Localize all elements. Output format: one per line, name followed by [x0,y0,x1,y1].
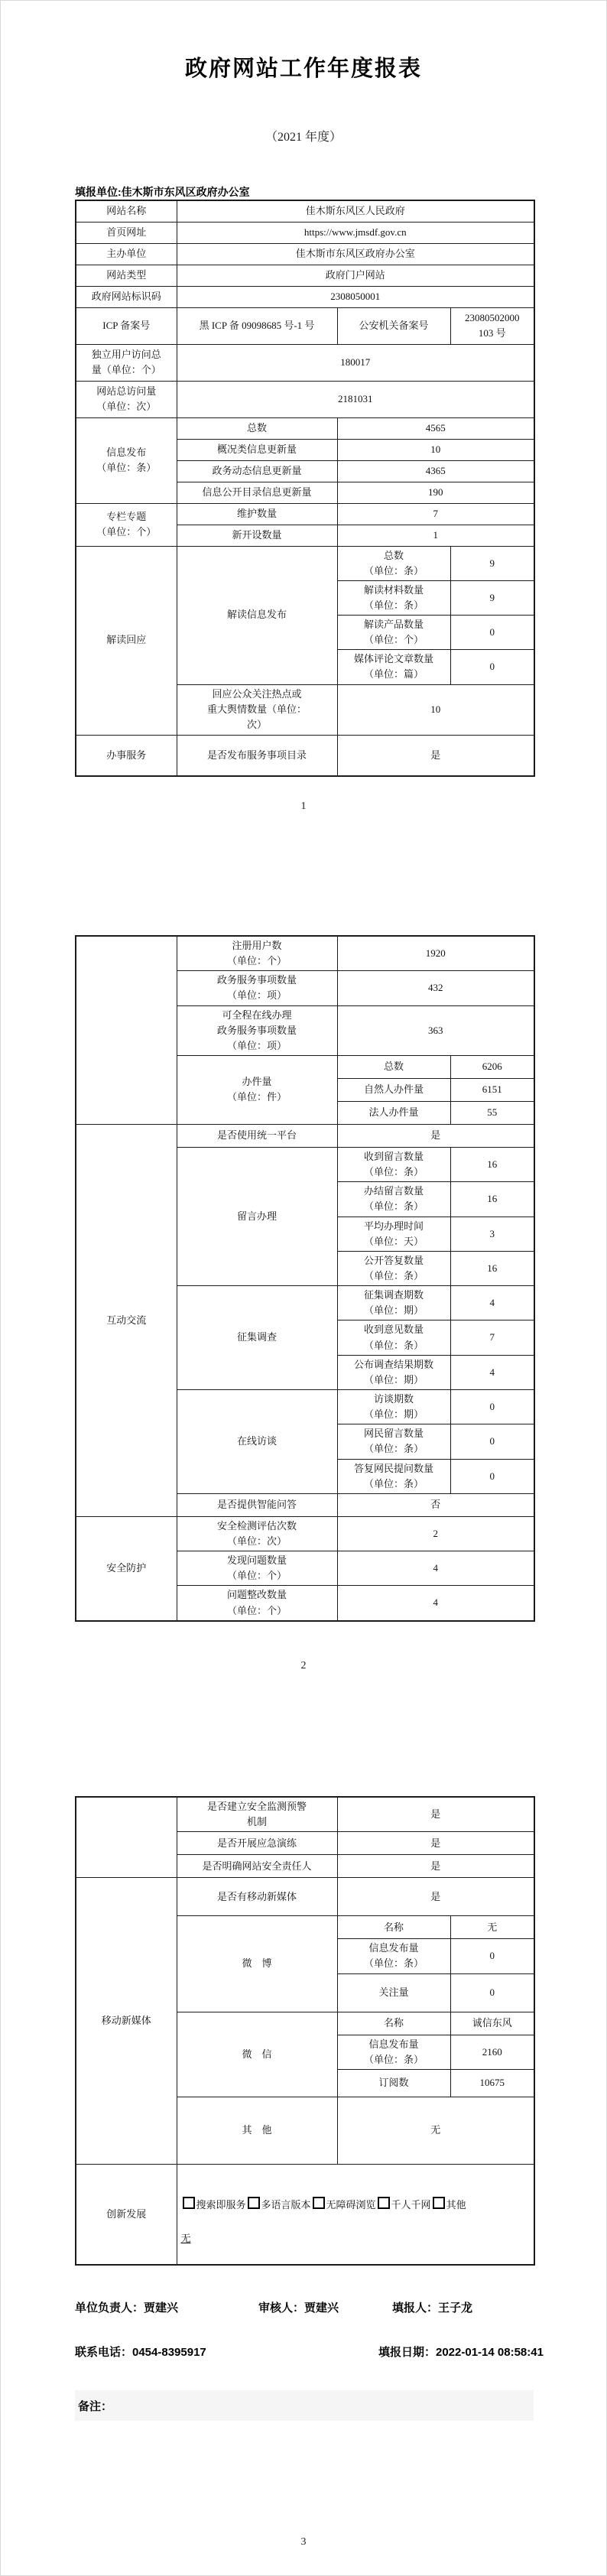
services-continuation-cell [76,936,177,1124]
interpretation-group-label: 解读回应 [76,546,177,735]
innovation-group-label: 创新发展 [76,2164,177,2264]
wechat-name-label: 名称 [337,2012,450,2035]
innovation-option-label: 多语言版本 [261,2199,311,2211]
messages-avg-days-label: 平均办理时间 （单位：天） [337,1217,450,1251]
messages-completed-value: 16 [450,1182,534,1217]
smart-qa-value: 否 [337,1493,534,1516]
interviews-replies-label: 答复网民提问数量 （单位：条） [337,1459,450,1493]
service-items-label: 政务服务事项数量 （单位：项） [177,971,337,1005]
security-group-label: 安全防护 [76,1516,177,1620]
icp-label: ICP 备案号 [76,307,177,344]
cases-legal-label: 法人办件量 [337,1101,450,1124]
unique-visitors-value: 180017 [177,344,534,381]
messages-public-replies-label: 公开答复数量 （单位：条） [337,1251,450,1285]
messages-received-value: 16 [450,1147,534,1181]
online-items-value: 363 [337,1005,534,1055]
wechat-name-value: 诚信东风 [450,2012,534,2035]
total-visits-label: 网站总访问量 （单位：次） [76,381,177,417]
annual-report-table-page3: 是否建立安全监测预警 机制 是 是否开展应急演练 是 是否明确网站安全责任人 是… [75,1796,535,2266]
weibo-followers-label: 关注量 [337,1973,450,2012]
interviews-messages-label: 网民留言数量 （单位：条） [337,1424,450,1459]
interpretation-total-label: 总数 （单位：条） [337,546,450,580]
page-number-1: 1 [1,801,606,813]
preparer: 填报人：王子龙 [392,2299,472,2315]
hot-response-value: 10 [337,684,534,735]
page-number-2: 2 [1,1660,606,1672]
columns-new-value: 1 [337,525,534,546]
innovation-options-cell: 搜索即服务多语言版本无障碍浏览千人千网其他 无 [177,2164,534,2264]
checkbox-icon [378,2197,390,2209]
security-officer-value: 是 [337,1855,534,1878]
problems-fixed-value: 4 [337,1586,534,1621]
checkbox-icon [183,2197,195,2209]
surveys-results-value: 4 [450,1355,534,1389]
site-name-label: 网站名称 [76,200,177,222]
problems-found-value: 4 [337,1551,534,1586]
surveys-results-label: 公布调查结果期数 （单位：期） [337,1355,450,1389]
registered-users-value: 1920 [337,936,534,971]
innovation-option-label: 无障碍浏览 [326,2199,376,2211]
gov-news-update-value: 4365 [337,460,534,482]
interviews-periods-value: 0 [450,1389,534,1424]
catalog-update-value: 190 [337,482,534,503]
problems-fixed-label: 问题整改数量 （单位：个） [177,1586,337,1621]
service-items-value: 432 [337,971,534,1005]
messages-group-label: 留言办理 [177,1147,337,1285]
contact-phone: 联系电话：0454-8395917 [75,2344,206,2360]
gov-news-update-label: 政务动态信息更新量 [177,460,337,482]
weibo-group-label: 微 博 [177,1916,337,2012]
other-media-value: 无 [337,2097,534,2164]
page-title: 政府网站工作年度报表 [1,51,606,83]
mobile-media-group-label: 移动新媒体 [76,1878,177,2165]
security-officer-label: 是否明确网站安全责任人 [177,1855,337,1878]
columns-new-label: 新开设数量 [177,525,337,546]
interpretation-products-label: 解读产品数量 （单位：个） [337,616,450,650]
surveys-periods-value: 4 [450,1286,534,1320]
site-code-label: 政府网站标识码 [76,286,177,307]
interpretation-release-group-label: 解读信息发布 [177,546,337,684]
surveys-opinions-value: 7 [450,1320,534,1355]
weibo-posts-value: 0 [450,1939,534,1973]
checkbox-icon [248,2197,260,2209]
services-group-label: 办事服务 [76,735,177,776]
other-media-label: 其 他 [177,2097,337,2164]
warning-mechanism-value: 是 [337,1797,534,1832]
weibo-followers-value: 0 [450,1973,534,2012]
weibo-posts-label: 信息发布量 （单位：条） [337,1939,450,1973]
interpretation-products-value: 0 [450,616,534,650]
special-columns-group-label: 专栏专题 （单位：个） [76,503,177,546]
messages-avg-days-value: 3 [450,1217,534,1251]
icp-value: 黑 ICP 备 09098685 号-1 号 [177,307,337,344]
checkbox-icon [433,2197,445,2209]
reviewer: 审核人：贾建兴 [258,2299,339,2315]
page-number-3: 3 [1,2536,606,2548]
organizer-label: 主办单位 [76,243,177,265]
cases-natural-label: 自然人办件量 [337,1078,450,1101]
reporting-unit-line: 填报单位:佳木斯市东风区政府办公室 [75,184,250,200]
checkbox-icon [313,2197,325,2209]
page-subtitle: （2021 年度） [1,127,606,145]
surveys-opinions-label: 收到意见数量 （单位：条） [337,1320,450,1355]
interviews-replies-value: 0 [450,1459,534,1493]
interpretation-materials-label: 解读材料数量 （单位：条） [337,580,450,615]
interviews-periods-label: 访谈期数 （单位：期） [337,1389,450,1424]
has-mobile-media-value: 是 [337,1878,534,1916]
total-visits-value: 2181031 [177,381,534,417]
security-assessments-label: 安全检测评估次数 （单位：次） [177,1516,337,1551]
report-date: 填报日期：2022-01-14 08:58:41 [378,2344,544,2360]
home-url-label: 首页网址 [76,222,177,243]
info-release-total-value: 4565 [337,417,534,439]
police-record-label: 公安机关备案号 [337,307,450,344]
interpretation-total-value: 9 [450,546,534,580]
messages-completed-label: 办结留言数量 （单位：条） [337,1182,450,1217]
cases-total-label: 总数 [337,1055,450,1078]
info-release-total-label: 总数 [177,417,337,439]
weibo-name-value: 无 [450,1916,534,1939]
service-catalog-label: 是否发布服务事项目录 [177,735,337,776]
innovation-option-label: 其他 [446,2199,466,2211]
surveys-periods-label: 征集调查期数 （单位：期） [337,1286,450,1320]
catalog-update-label: 信息公开目录信息更新量 [177,482,337,503]
annual-report-table-page2: 注册用户数 （单位：个） 1920 政务服务事项数量 （单位：项） 432 可全… [75,935,535,1622]
service-catalog-value: 是 [337,735,534,776]
columns-maintained-label: 维护数量 [177,503,337,525]
signature-line: 单位负责人：贾建兴 审核人：贾建兴 填报人：王子龙 [75,2299,549,2315]
unique-visitors-label: 独立用户访问总 量（单位：个） [76,344,177,381]
interaction-group-label: 互动交流 [76,1124,177,1516]
interpretation-materials-value: 9 [450,580,534,615]
weibo-name-label: 名称 [337,1916,450,1939]
registered-users-label: 注册用户数 （单位：个） [177,936,337,971]
cases-legal-value: 55 [450,1101,534,1124]
report-document: 政府网站工作年度报表 （2021 年度） 填报单位:佳木斯市东风区政府办公室 网… [0,0,607,2576]
cases-total-value: 6206 [450,1055,534,1078]
innovation-other-value: 无 [181,2231,191,2246]
innovation-option-label: 千人千网 [391,2199,431,2211]
site-code-value: 2308050001 [177,286,534,307]
media-articles-value: 0 [450,650,534,684]
site-type-label: 网站类型 [76,265,177,286]
smart-qa-label: 是否提供智能问答 [177,1493,337,1516]
site-name-value: 佳木斯东风区人民政府 [177,200,534,222]
columns-maintained-value: 7 [337,503,534,525]
problems-found-label: 发现问题数量 （单位：个） [177,1551,337,1586]
cases-group-label: 办件量 （单位：件） [177,1055,337,1124]
contact-line: 联系电话：0454-8395917 填报日期：2022-01-14 08:58:… [75,2344,549,2359]
unit-head: 单位负责人：贾建兴 [75,2299,178,2315]
cases-natural-value: 6151 [450,1078,534,1101]
emergency-drill-value: 是 [337,1832,534,1855]
wechat-subscribers-value: 10675 [450,2069,534,2097]
innovation-option-label: 搜索即服务 [196,2199,246,2211]
warning-mechanism-label: 是否建立安全监测预警 机制 [177,1797,337,1832]
wechat-posts-value: 2160 [450,2035,534,2069]
unified-platform-label: 是否使用统一平台 [177,1124,337,1147]
overview-update-value: 10 [337,439,534,460]
online-items-label: 可全程在线办理 政务服务事项数量 （单位：项） [177,1005,337,1055]
security-continuation-cell [76,1797,177,1878]
interviews-messages-value: 0 [450,1424,534,1459]
police-record-value: 23080502000 103 号 [450,307,534,344]
site-type-value: 政府门户网站 [177,265,534,286]
messages-public-replies-value: 16 [450,1251,534,1285]
hot-response-label: 回应公众关注热点或 重大舆情数量（单位： 次） [177,684,337,735]
info-release-group-label: 信息发布 （单位：条） [76,417,177,503]
surveys-group-label: 征集调查 [177,1286,337,1390]
wechat-group-label: 微 信 [177,2012,337,2097]
unified-platform-value: 是 [337,1124,534,1147]
annual-report-table-page1: 网站名称 佳木斯东风区人民政府 首页网址 https://www.jmsdf.g… [75,200,535,777]
security-assessments-value: 2 [337,1516,534,1551]
emergency-drill-label: 是否开展应急演练 [177,1832,337,1855]
remarks-line: 备注： [75,2390,534,2421]
media-articles-label: 媒体评论文章数量 （单位：篇） [337,650,450,684]
interviews-group-label: 在线访谈 [177,1389,337,1493]
overview-update-label: 概况类信息更新量 [177,439,337,460]
wechat-posts-label: 信息发布量 （单位：条） [337,2035,450,2069]
home-url-value: https://www.jmsdf.gov.cn [177,222,534,243]
messages-received-label: 收到留言数量 （单位：条） [337,1147,450,1181]
has-mobile-media-label: 是否有移动新媒体 [177,1878,337,1916]
organizer-value: 佳木斯市东风区政府办公室 [177,243,534,265]
wechat-subscribers-label: 订阅数 [337,2069,450,2097]
